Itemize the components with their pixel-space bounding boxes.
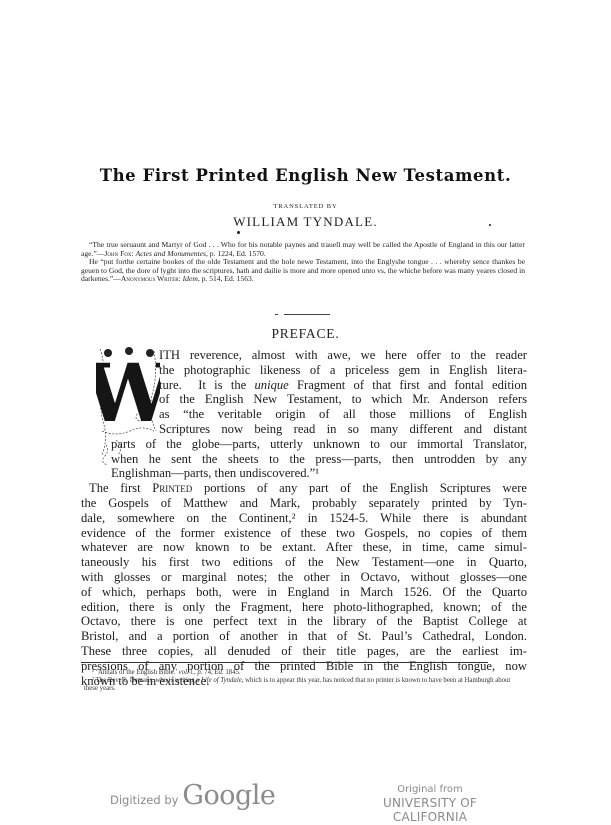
body-line: Scriptures now being read in so many dif… (81, 422, 527, 437)
body-line: The first Printed portions of any part o… (81, 481, 527, 496)
scan-speck (237, 231, 240, 234)
body-line: evidence of the former existence of thes… (81, 526, 527, 541)
body-line: These three copies, all denuded of their… (81, 644, 527, 659)
body-line: parts of the globe—parts, utterly unknow… (81, 437, 527, 452)
body-line: Englishman—parts, then undiscovered.”¹ (81, 466, 527, 481)
body-line: ture. It is the unique Fragment of that … (81, 378, 527, 393)
section-divider (284, 314, 330, 315)
body-line: the photographic likeness of a priceless… (81, 363, 527, 378)
epigraph: “The true seruaunt and Martyr of God . .… (81, 241, 525, 284)
preface-heading: PREFACE. (0, 326, 611, 342)
google-logo-icon: Google (182, 780, 275, 811)
body-line: of which, perhaps both, were in England … (81, 585, 527, 600)
body-line: when he sent the sheets to the press—par… (81, 452, 527, 467)
footnote-1: ¹ ‘Annals of the English Bible.’ vol. i.… (84, 669, 524, 677)
original-from-watermark: Original from UNIVERSITY OF CALIFORNIA (345, 784, 515, 824)
body-line: Bristol, and a portion of another in tha… (81, 629, 527, 644)
epigraph-quote-1: “The true seruaunt and Martyr of God . .… (81, 241, 525, 258)
divider-dot (275, 314, 278, 315)
body-line: Octavo, there is one perfect text in the… (81, 614, 527, 629)
body-line: ITH reverence, almost with awe, we here … (81, 348, 527, 363)
page-title: The First Printed English New Testament. (0, 166, 611, 185)
university-label: UNIVERSITY OF CALIFORNIA (345, 796, 515, 824)
original-from-label: Original from (345, 784, 515, 796)
body-line: whatever are now known to be extant. Aft… (81, 540, 527, 555)
body-line: dale, somewhere on the Continent,² in 15… (81, 511, 527, 526)
body-line: as “the veritable origin of all those mi… (81, 407, 527, 422)
footnote-rule (81, 662, 488, 663)
preface-body: ITH reverence, almost with awe, we here … (81, 348, 527, 688)
footnotes: ¹ ‘Annals of the English Bible.’ vol. i.… (84, 669, 524, 694)
author-name: WILLIAM TYNDALE. (0, 214, 611, 230)
footnote-2: ² The Rev. R. Demaus, who is writing a L… (84, 677, 524, 693)
body-line: of the English New Testament, to which M… (81, 392, 527, 407)
body-line: the Gospels of Matthew and Mark, probabl… (81, 496, 527, 511)
digitized-by-google-watermark: Digitized by Google (110, 780, 275, 811)
scan-speck (489, 224, 491, 226)
translated-by-label: TRANSLATED BY (0, 203, 611, 210)
digitized-by-label: Digitized by (110, 793, 178, 807)
body-line: taneously his first two editions of the … (81, 555, 527, 570)
body-line: edition, there is only the Fragment, her… (81, 600, 527, 615)
body-line: with glosses or marginal notes; the othe… (81, 570, 527, 585)
epigraph-quote-2: He “put forthe certaine bookes of the ol… (81, 258, 525, 284)
